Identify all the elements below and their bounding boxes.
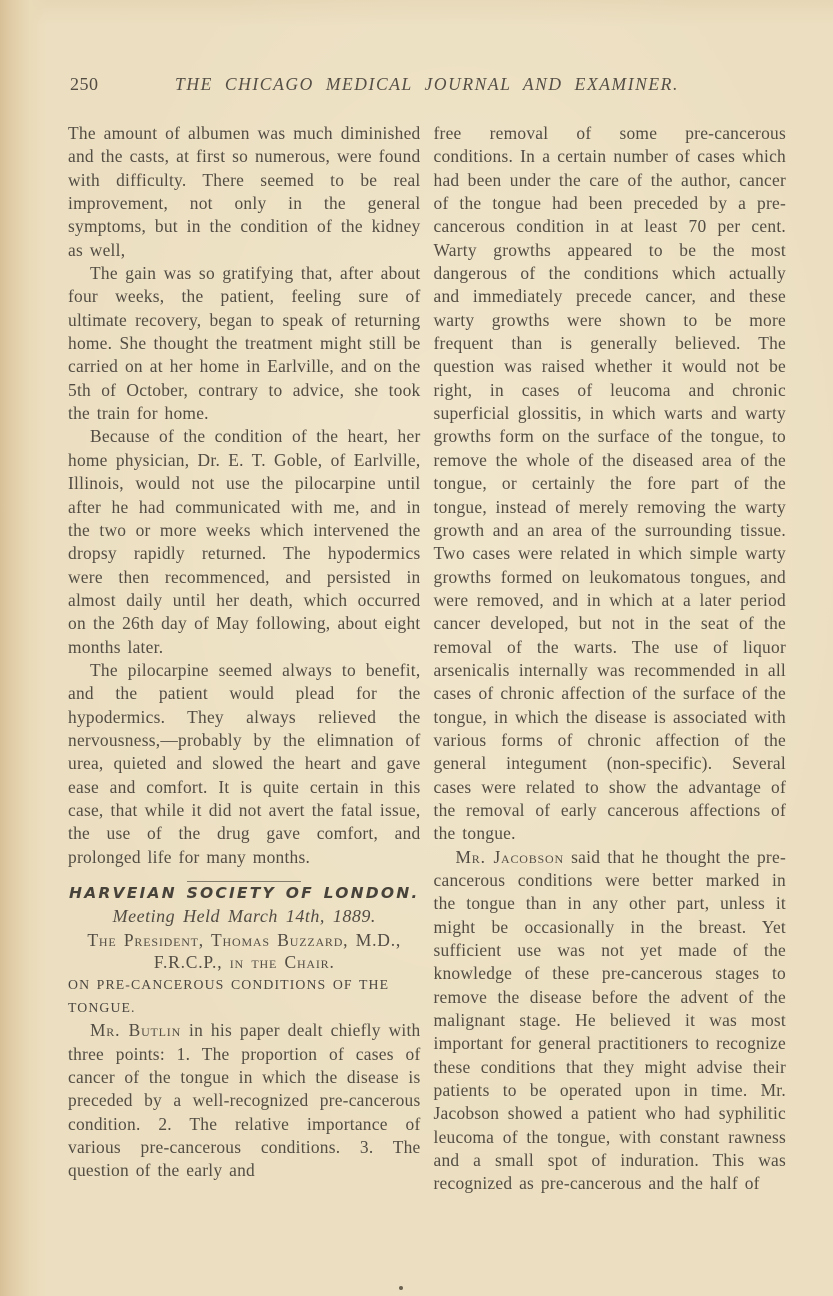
paper-title-line: ON PRE-CANCEROUS CONDITIONS OF THE TONGU… <box>68 973 421 1020</box>
journal-header-title: THE CHICAGO MEDICAL JOURNAL AND EXAMINER… <box>68 74 786 95</box>
ink-speck <box>399 1286 403 1290</box>
butlin-rest: in his paper dealt chiefly with three po… <box>68 1020 421 1180</box>
two-column-text: The amount of albumen was much diminishe… <box>68 122 786 1196</box>
meeting-date-line: Meeting Held March 14th, 1889. <box>68 905 421 928</box>
para-pilocarpine: The pilocarpine seemed always to benefit… <box>68 659 421 869</box>
para-butlin: Mr. Butlin in his paper dealt chiefly wi… <box>68 1019 421 1182</box>
butlin-lead: Mr. Butlin <box>90 1020 181 1040</box>
jacobson-rest: said that he thought the pre-cancerous c… <box>434 847 787 1194</box>
right-column: free removal of some pre-cancerous condi… <box>434 122 787 1196</box>
president-line-2: F.R.C.P., in the Chair. <box>154 952 335 972</box>
president-line: The President, Thomas Buzzard, M.D.,F.R.… <box>68 929 421 973</box>
jacobson-lead: Mr. Jacobson <box>456 847 564 867</box>
society-title: HARVEIAN SOCIETY OF LONDON. <box>68 882 421 905</box>
left-column: The amount of albumen was much diminishe… <box>68 122 421 1196</box>
para-albumen: The amount of albumen was much diminishe… <box>68 122 421 262</box>
para-gain: The gain was so gratifying that, after a… <box>68 262 421 425</box>
journal-page-scan: 250 THE CHICAGO MEDICAL JOURNAL AND EXAM… <box>0 0 833 1296</box>
president-line-1: The President, Thomas Buzzard, M.D., <box>87 930 401 950</box>
page-header: 250 THE CHICAGO MEDICAL JOURNAL AND EXAM… <box>68 74 786 100</box>
para-heart: Because of the condition of the heart, h… <box>68 425 421 658</box>
page-content: 250 THE CHICAGO MEDICAL JOURNAL AND EXAM… <box>68 0 786 1196</box>
para-free-removal: free removal of some pre-cancerous condi… <box>434 122 787 846</box>
para-jacobson: Mr. Jacobson said that he thought the pr… <box>434 846 787 1196</box>
